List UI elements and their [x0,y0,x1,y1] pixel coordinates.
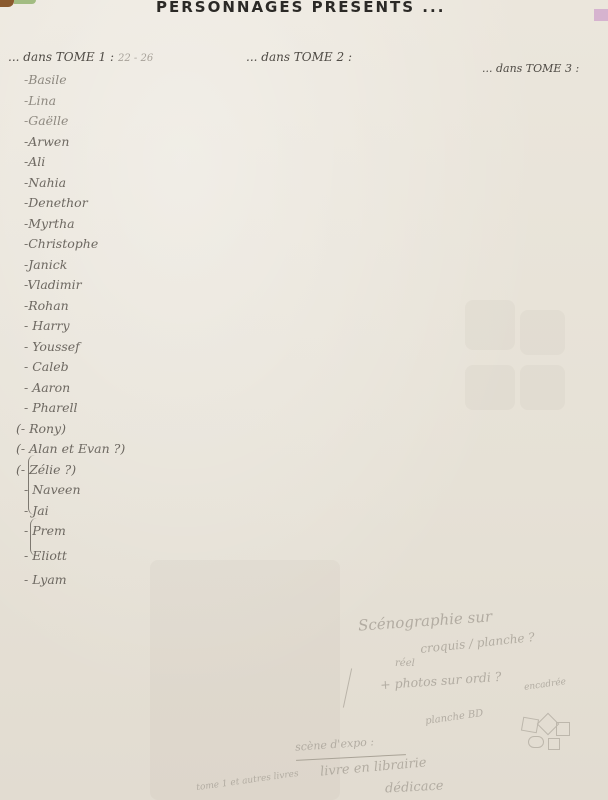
list-item: - Jai [24,501,125,522]
list-item: -Janick [24,255,125,276]
list-item: - Prem [24,521,125,542]
tome1-label: ... dans TOME 1 : [8,50,114,64]
list-item: -Myrtha [24,214,125,235]
list-item: - Aaron [24,378,125,399]
note-photos: + photos sur ordi ? [380,669,502,692]
sketch-shape [548,738,560,750]
list-item: - Harry [24,316,125,337]
notebook-page: PERSONNAGES PRÉSENTS ... ... dans TOME 1… [0,0,608,800]
note-scenography: Scénographie sur [358,607,493,634]
bleed-through-block [465,365,515,410]
list-item: -Rohan [24,296,125,317]
tome2-heading: ... dans TOME 2 : [246,50,352,64]
green-tab [14,0,36,4]
list-item: -Gaëlle [24,111,125,132]
tome3-heading: ... dans TOME 3 : [482,62,579,75]
note-bd-board: planche BD [425,708,484,727]
list-item: -Arwen [24,132,125,153]
note-signing: dédicace [385,778,444,796]
list-item: - Caleb [24,357,125,378]
list-item: - Pharell [24,398,125,419]
arrow-sketch [343,668,352,707]
bleed-through-block [520,310,565,355]
list-item: -Vladimir [24,275,125,296]
sketch-shape [528,736,544,748]
sketch-shape [521,717,539,734]
list-item: - Naveen [24,480,125,501]
sketch-shape [556,722,570,736]
note-sketch: croquis / planche ? [420,630,536,656]
group-bracket [30,518,37,556]
note-frame: encadrée [524,677,567,693]
list-item: -Lina [24,91,125,112]
list-item: - Youssef [24,337,125,358]
list-item: -Basile [24,70,125,91]
bleed-through-block [150,560,340,800]
list-item: (- Rony) [16,419,125,440]
list-item: -Nahia [24,173,125,194]
tome1-range: 22 - 26 [118,53,153,64]
page-title: PERSONNAGES PRÉSENTS ... [156,0,445,16]
note-real: réel [395,658,415,669]
pink-tab [594,9,608,21]
list-item: -Ali [24,152,125,173]
list-item: -Christophe [24,234,125,255]
brown-tab [0,0,14,7]
bleed-through-block [465,300,515,350]
bleed-through-block [520,365,565,410]
list-item: - Lyam [24,570,125,591]
tome1-character-list: -Basile -Lina -Gaëlle -Arwen -Ali -Nahia… [24,70,125,591]
list-item: -Denethor [24,193,125,214]
list-item: - Eliott [24,546,125,567]
tome1-heading: ... dans TOME 1 :22 - 26 [8,50,153,64]
group-bracket [28,455,35,515]
